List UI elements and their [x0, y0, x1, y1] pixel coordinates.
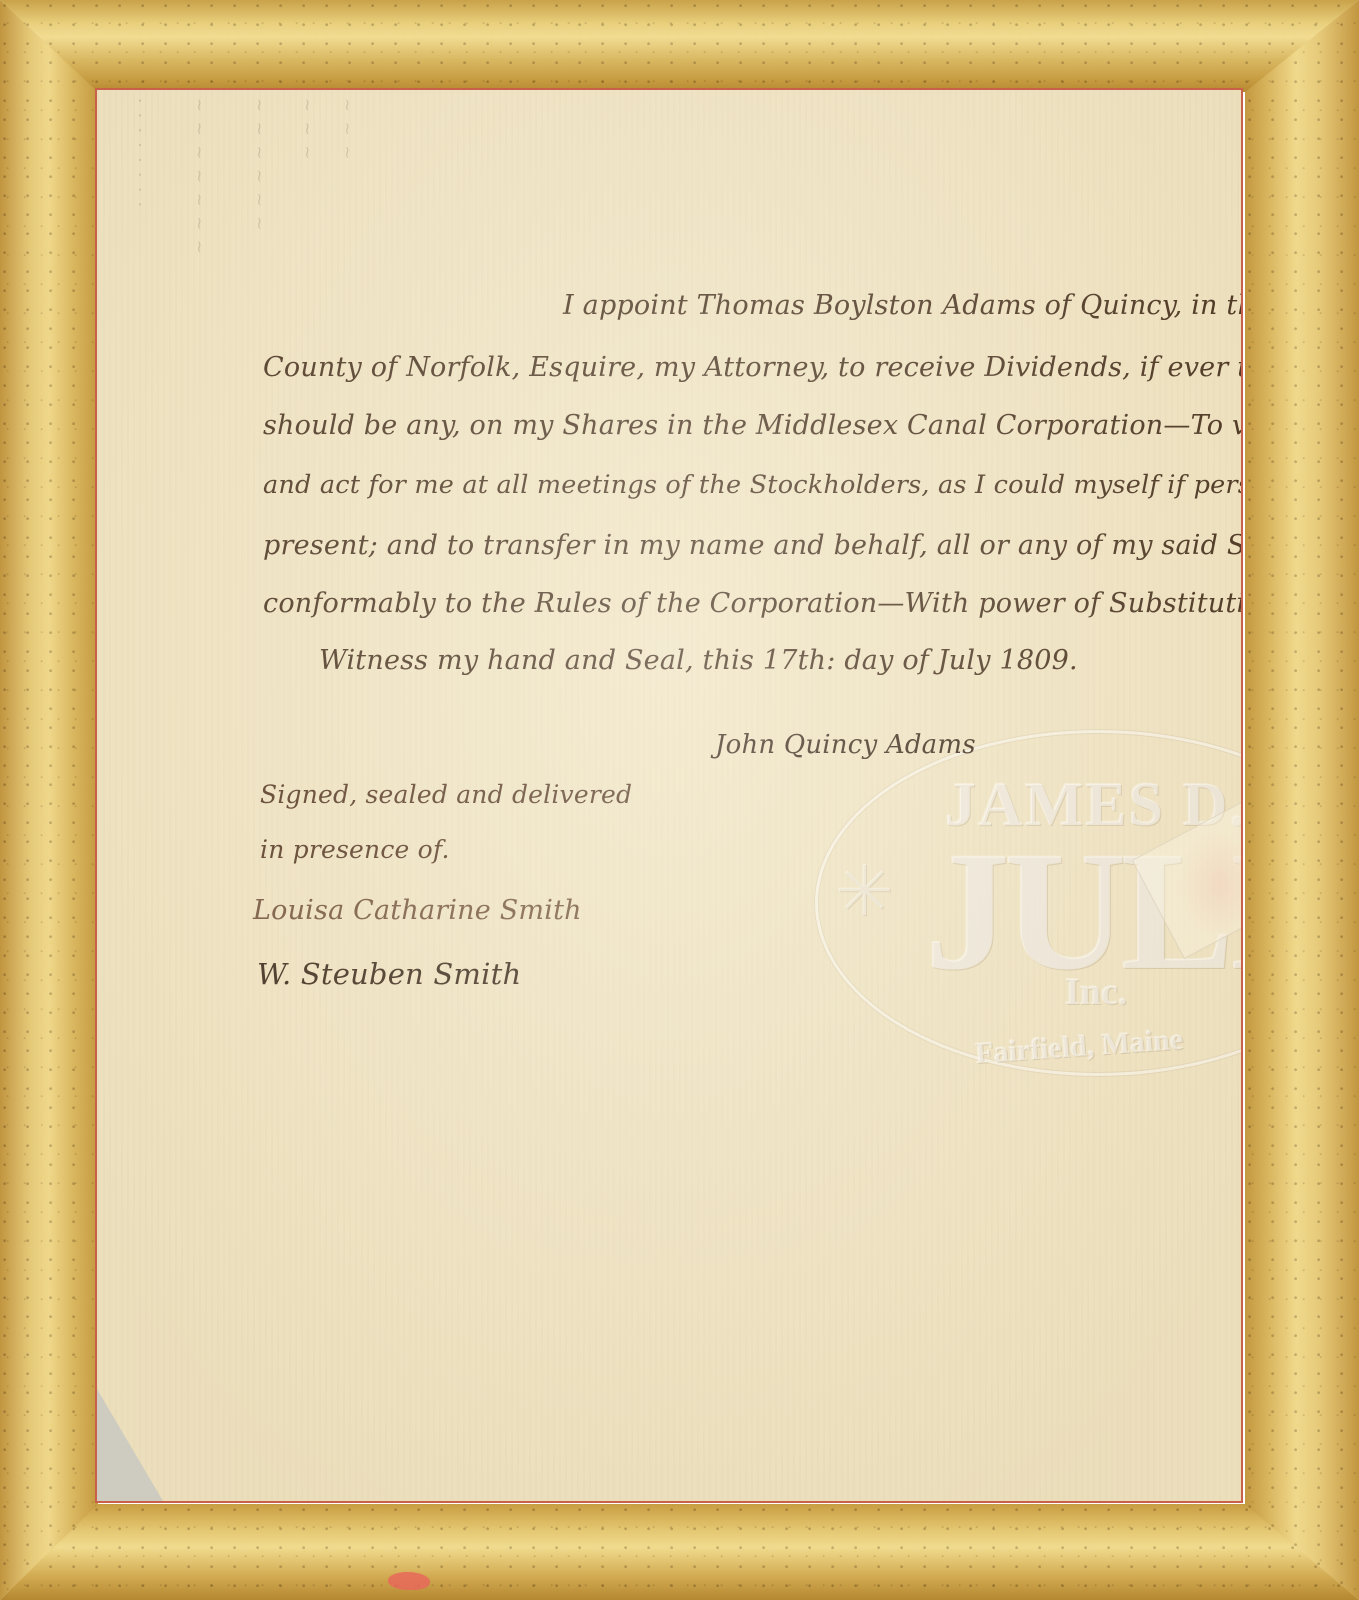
- red-paint-spot: [388, 1572, 430, 1590]
- document-paper: · · · · · · · · ~ ~ ~ ~ ~ ~ ~ ~ ~ ~ ~ ~ …: [97, 90, 1241, 1501]
- watermark-line-1: JAMES D.: [945, 770, 1241, 841]
- body-line-1: I appoint Thomas Boylston Adams of Quinc…: [563, 290, 1241, 321]
- paper-corner-fold: [97, 1389, 163, 1501]
- bleed-through-text: ~ ~ ~: [297, 98, 317, 162]
- witness-signature-2: W. Steuben Smith: [257, 957, 521, 991]
- starburst-icon: ✳: [835, 850, 894, 932]
- body-line-6: conformably to the Rules of the Corporat…: [263, 588, 1241, 619]
- bleed-through-text: · · · · · · · ·: [129, 98, 149, 209]
- frame-rail-right: [1245, 0, 1359, 1600]
- auction-house-watermark: ✳ ✳ JAMES D. JULIA Inc. Fairfield, Maine: [815, 730, 1241, 1090]
- body-line-2: County of Norfolk, Esquire, my Attorney,…: [263, 352, 1241, 383]
- body-line-4: and act for me at all meetings of the St…: [263, 470, 1241, 500]
- signature-john-quincy-adams: John Quincy Adams: [715, 730, 976, 760]
- frame-rail-left: [0, 0, 98, 1600]
- frame-rail-bottom: [0, 1504, 1359, 1600]
- witness-signature-1: Louisa Catharine Smith: [253, 895, 582, 926]
- watermark-line-4: Fairfield, Maine: [974, 1023, 1184, 1071]
- bleed-through-text: ~ ~ ~ ~ ~ ~: [249, 98, 269, 232]
- frame-rail-top: [0, 0, 1359, 92]
- stain: [1179, 830, 1241, 940]
- attestation-line-2: in presence of.: [260, 835, 450, 864]
- bleed-through-text: ~ ~ ~ ~ ~ ~ ~: [189, 98, 209, 256]
- hinge-tape: [1132, 789, 1241, 959]
- body-line-3: should be any, on my Shares in the Middl…: [263, 410, 1241, 441]
- watermark-line-3: Inc.: [1065, 970, 1127, 1014]
- bleed-through-text: ~ ~ ~: [337, 98, 357, 162]
- watermark-oval: [815, 730, 1241, 1076]
- watermark-line-2: JULIA: [925, 826, 1241, 996]
- witness-clause: Witness my hand and Seal, this 17th: day…: [319, 645, 1078, 676]
- attestation-line-1: Signed, sealed and delivered: [260, 780, 632, 809]
- body-line-5: present; and to transfer in my name and …: [263, 530, 1241, 561]
